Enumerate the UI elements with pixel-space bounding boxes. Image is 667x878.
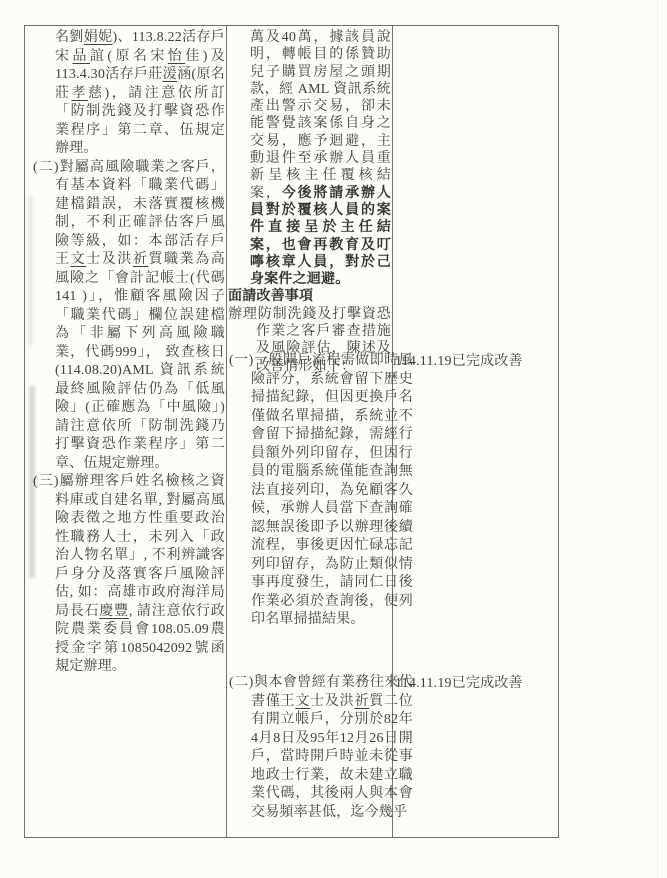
column-findings: 名劉娟妮)、113.8.22活存戶宋品誼(原名宋怡佳)及113.4.30活存戶莊… — [33, 29, 225, 677]
paragraph: 萬及40萬，據該員說明，轉帳目的係贊助兒子購買房屋之頭期款，經 AML 資訊系統… — [228, 29, 391, 288]
status-entry-2: 114.11.19已完成改善 — [395, 675, 559, 694]
column-response-top: 萬及40萬，據該員說明，轉帳目的係贊助兒子購買房屋之頭期款，經 AML 資訊系統… — [228, 29, 391, 375]
text-run: (一)一般開戶流程需做即時風險評分，系統會留下歷史掃描紀錄，但因更換戶名僅做名單… — [229, 353, 413, 627]
underlined-name-text: 品 — [72, 49, 89, 64]
paragraph: 名劉娟妮)、113.8.22活存戶宋品誼(原名宋怡佳)及113.4.30活存戶莊… — [33, 29, 225, 159]
text-run: 誼(原名宋 — [90, 49, 168, 64]
response-item-2: (二)與本會曾經有業務往來代書僅王文士及洪祈質二位有開立帳戶，分別於82年4月8… — [229, 674, 413, 822]
underlined-name-text: 孝 — [72, 86, 89, 101]
paragraph: (三)屬辦理客戶姓名檢核之資料庫或自建名單, 對屬高風險表徵之地方性重要政治性職… — [33, 473, 225, 677]
audit-findings-table: 名劉娟妮)、113.8.22活存戶宋品誼(原名宋怡佳)及113.4.30活存戶莊… — [24, 25, 559, 838]
document-page: 名劉娟妮)、113.8.22活存戶宋品誼(原名宋怡佳)及113.4.30活存戶莊… — [0, 0, 667, 878]
text-run: 士及洪 — [86, 252, 133, 267]
paragraph: 面請改善事項 — [228, 288, 391, 305]
text-run: 面請改善事項 — [228, 289, 313, 304]
underlined-name-text: 文 — [71, 252, 87, 267]
underlined-name-text: 祈 — [354, 694, 369, 709]
underlined-name-text: 慶豐 — [99, 604, 129, 619]
underlined-name-text: 湲 — [163, 67, 177, 82]
column-divider-1 — [226, 26, 227, 837]
scan-edge-artifact — [657, 0, 658, 878]
paragraph: (二)對屬高風險職業之客戶，有基本資料「職業代碼」建檔錯誤，未落實覆核機制，不利… — [33, 159, 225, 474]
text-run: (三)屬辦理客戶姓名檢核之資料庫或自建名單, 對屬高風險表徵之地方性重要政治性職… — [33, 474, 225, 619]
underlined-name-text: 文 — [295, 694, 310, 709]
text-run: 質二位有開立帳戶，分別於82年4月8日及95年12月26日開戶，當時開戶時並未從… — [251, 694, 413, 820]
text-run: 名劉 — [55, 30, 84, 45]
text-run: 士及洪 — [310, 694, 354, 709]
underlined-name-text: 祈 — [133, 252, 149, 267]
underlined-name-text: 怡 — [168, 49, 185, 64]
underlined-name-text: 娟妮 — [84, 30, 113, 45]
text-run: (二)對屬高風險職業之客戶，有基本資料「職業代碼」建檔錯誤，未落實覆核機制，不利… — [33, 160, 225, 268]
text-run: 質職業為高風險之「會計記帳士(代碼141 )」，惟顧客風險因子「職業代碼」欄位誤… — [55, 252, 225, 471]
response-item-1: (一)一般開戶流程需做即時風險評分，系統會留下歷史掃描紀錄，但因更換戶名僅做名單… — [229, 352, 413, 630]
status-entry-1: 114.11.19已完成改善 — [395, 353, 559, 372]
text-run: 萬及40萬，據該員說明，轉帳目的係贊助兒子購買房屋之頭期款，經 AML 資訊系統… — [250, 30, 391, 201]
